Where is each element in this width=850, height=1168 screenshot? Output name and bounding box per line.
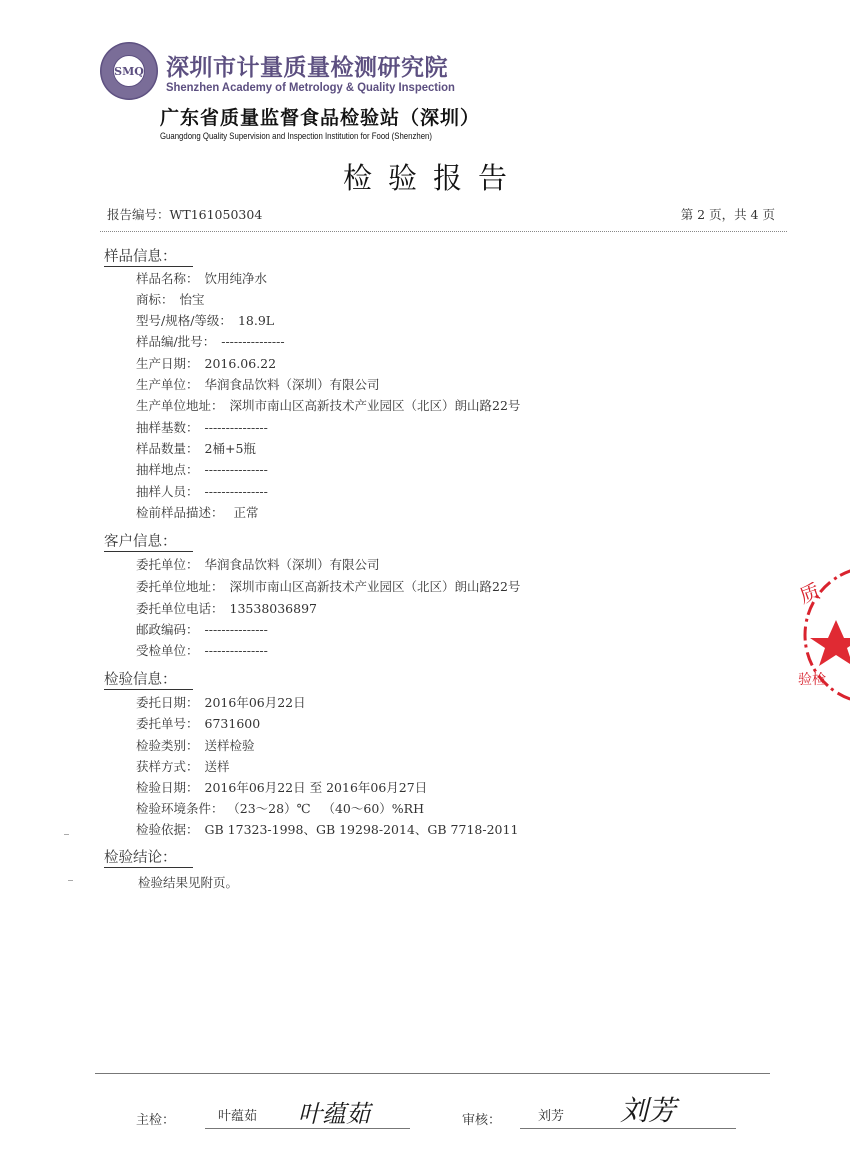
field-inspected-unit: 受检单位：--------------- [136, 643, 268, 659]
reviewer-name: 刘芳 [538, 1105, 564, 1124]
field-postal-code: 邮政编码：--------------- [136, 622, 268, 638]
field-sample-name: 样品名称：饮用纯净水 [136, 271, 267, 287]
reviewer-signature: 刘芳 [620, 1089, 676, 1129]
field-commission-date: 委托日期：2016年06月22日 [136, 695, 306, 711]
field-model-spec: 型号/规格/等级：18.9L [136, 313, 274, 329]
scan-artifact [64, 834, 69, 835]
field-batch-number: 样品编/批号：--------------- [136, 334, 285, 350]
page-info: 第 2 页，共 4 页 [681, 205, 775, 223]
field-sampling-personnel: 抽样人员：--------------- [136, 484, 268, 500]
section-heading-conclusion: 检验结论： [104, 849, 193, 868]
footer-divider [95, 1073, 770, 1074]
org-name-en: Shenzhen Academy of Metrology & Quality … [166, 82, 455, 94]
report-number: 报告编号：WT161050304 [107, 205, 262, 223]
section-heading-sample-info: 样品信息： [104, 248, 193, 267]
conclusion-text: 检验结果见附页。 [138, 875, 238, 891]
seal-text-bottom: 验检 [798, 671, 826, 688]
smq-logo: SMQ [100, 42, 158, 100]
field-client-phone: 委托单位电话：13538036897 [136, 601, 317, 617]
logo-text: SMQ [113, 55, 145, 87]
report-number-label: 报告编号： [107, 207, 170, 222]
inspector-name: 叶蕴茹 [218, 1105, 257, 1124]
org-name-cn: 深圳市计量质量检测研究院 [166, 54, 448, 82]
field-pre-inspection-description: 检前样品描述：正常 [136, 505, 259, 521]
reviewer-label: 审核： [462, 1109, 501, 1128]
field-sample-quantity: 样品数量：2桶+5瓶 [136, 441, 256, 457]
field-sampling-base: 抽样基数：--------------- [136, 420, 268, 436]
seal-text-top: 质 [798, 579, 823, 608]
field-manufacturer: 生产单位：华润食品饮料（深圳）有限公司 [136, 377, 380, 393]
field-client-unit: 委托单位：华润食品饮料（深圳）有限公司 [136, 557, 380, 573]
header-divider [100, 231, 787, 232]
reviewer-signature-line [520, 1128, 736, 1129]
field-sample-acquisition: 获样方式：送样 [136, 759, 230, 775]
field-sampling-location: 抽样地点：--------------- [136, 462, 268, 478]
field-inspection-date: 检验日期：2016年06月22日 至 2016年06月27日 [136, 780, 427, 796]
inspector-signature-line [205, 1128, 410, 1129]
field-client-address: 委托单位地址：深圳市南山区高新技术产业园区（北区）朗山路22号 [136, 579, 520, 595]
field-manufacturer-address: 生产单位地址：深圳市南山区高新技术产业园区（北区）朗山路22号 [136, 398, 520, 414]
inspector-signature: 叶蕴茹 [298, 1094, 370, 1129]
section-heading-inspection-info: 检验信息： [104, 671, 193, 690]
official-seal-stamp: 质 验检 [798, 560, 850, 710]
inspector-label: 主检： [136, 1109, 175, 1128]
field-commission-number: 委托单号：6731600 [136, 716, 260, 732]
station-name-en: Guangdong Quality Supervision and Inspec… [160, 131, 432, 142]
section-heading-client-info: 客户信息： [104, 533, 193, 552]
field-inspection-type: 检验类别：送样检验 [136, 738, 255, 754]
field-production-date: 生产日期：2016.06.22 [136, 356, 276, 372]
report-number-value: WT161050304 [170, 207, 263, 222]
field-environment-conditions: 检验环境条件：（23～28）℃ （40～60）%RH [136, 801, 424, 817]
scan-artifact [68, 880, 73, 881]
field-trademark: 商标：怡宝 [136, 292, 205, 308]
field-inspection-basis: 检验依据：GB 17323-1998、GB 19298-2014、GB 7718… [136, 822, 518, 838]
station-name-cn: 广东省质量监督食品检验站（深圳） [160, 106, 480, 130]
document-title: 检验报告 [0, 156, 850, 197]
